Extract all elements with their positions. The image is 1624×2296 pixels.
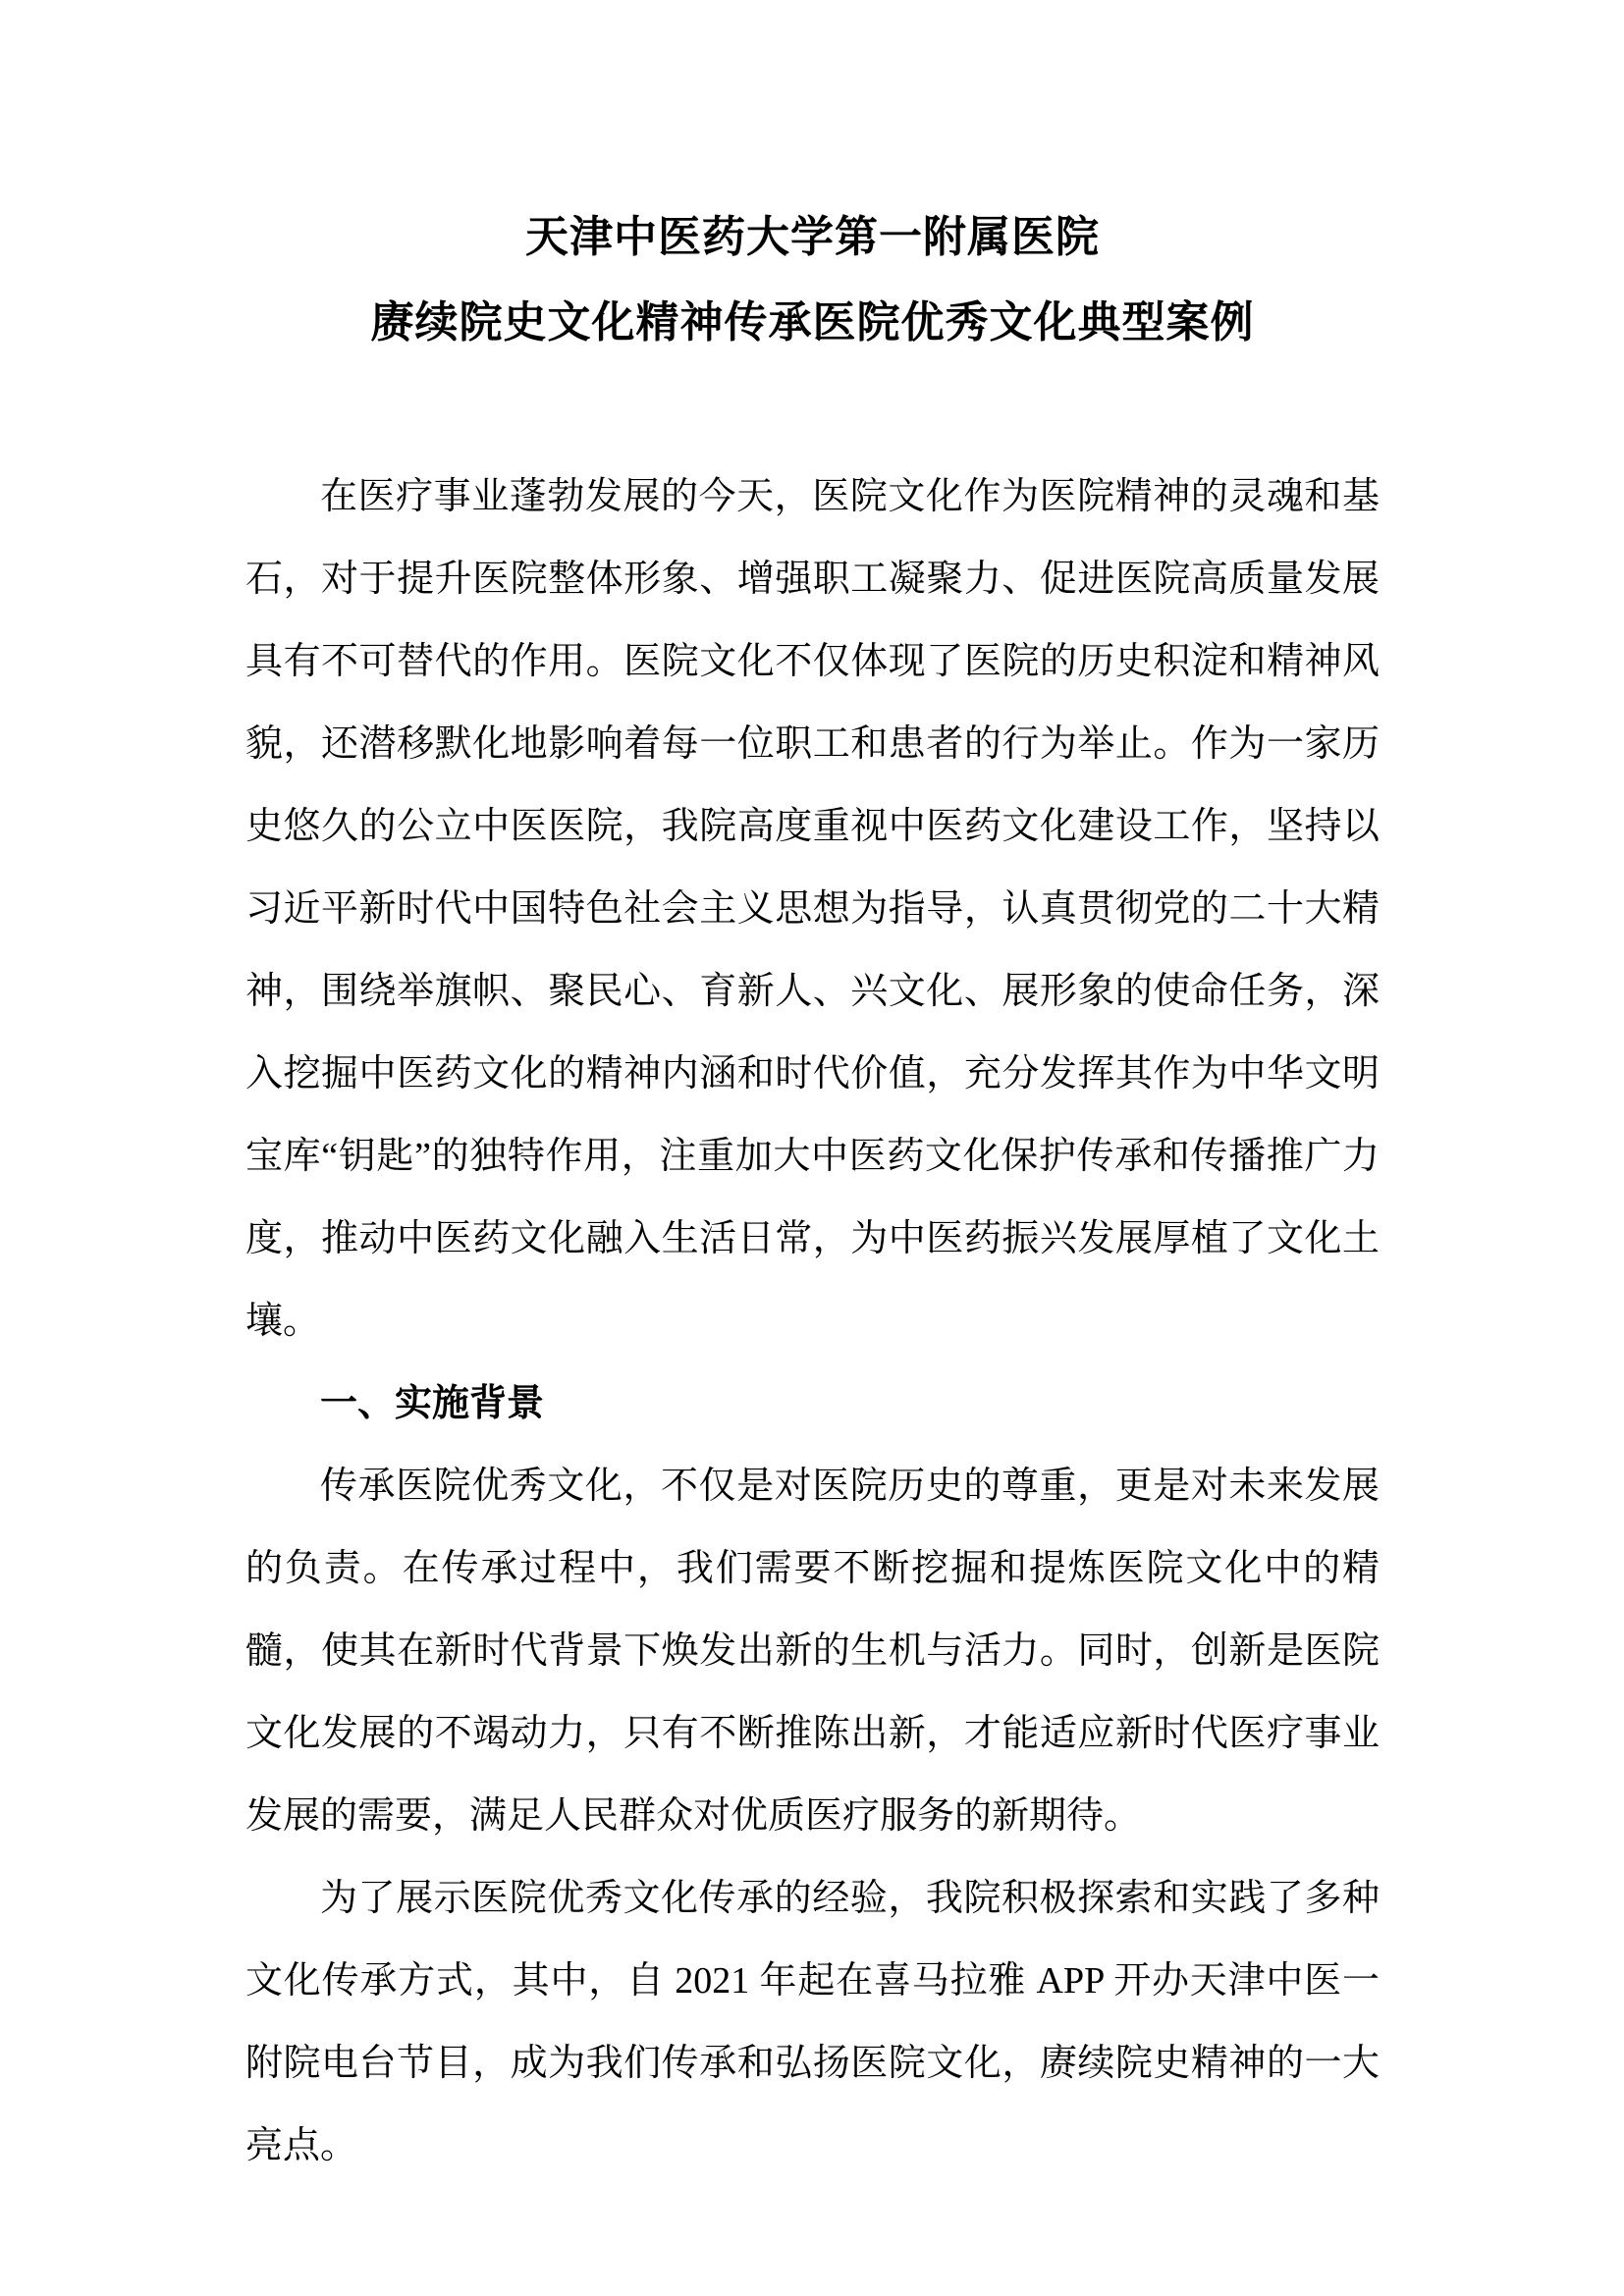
document-page: 天津中医药大学第一附属医院 赓续院史文化精神传承医院优秀文化典型案例 在医疗事业… [0,0,1624,2296]
document-title-line1: 天津中医药大学第一附属医院 [245,194,1380,280]
background-paragraph-1: 传承医院优秀文化，不仅是对医院历史的尊重，更是对未来发展的负责。在传承过程中，我… [245,1445,1380,1857]
background-paragraph-2: 为了展示医院优秀文化传承的经验，我院积极探索和实践了多种文化传承方式，其中，自 … [245,1857,1380,2187]
document-title-line2: 赓续院史文化精神传承医院优秀文化典型案例 [245,280,1380,365]
section-heading-implementation-background: 一、实施背景 [245,1362,1380,1445]
title-body-spacer [245,365,1380,455]
intro-paragraph: 在医疗事业蓬勃发展的今天，医院文化作为医院精神的灵魂和基石，对于提升医院整体形象… [245,455,1380,1362]
